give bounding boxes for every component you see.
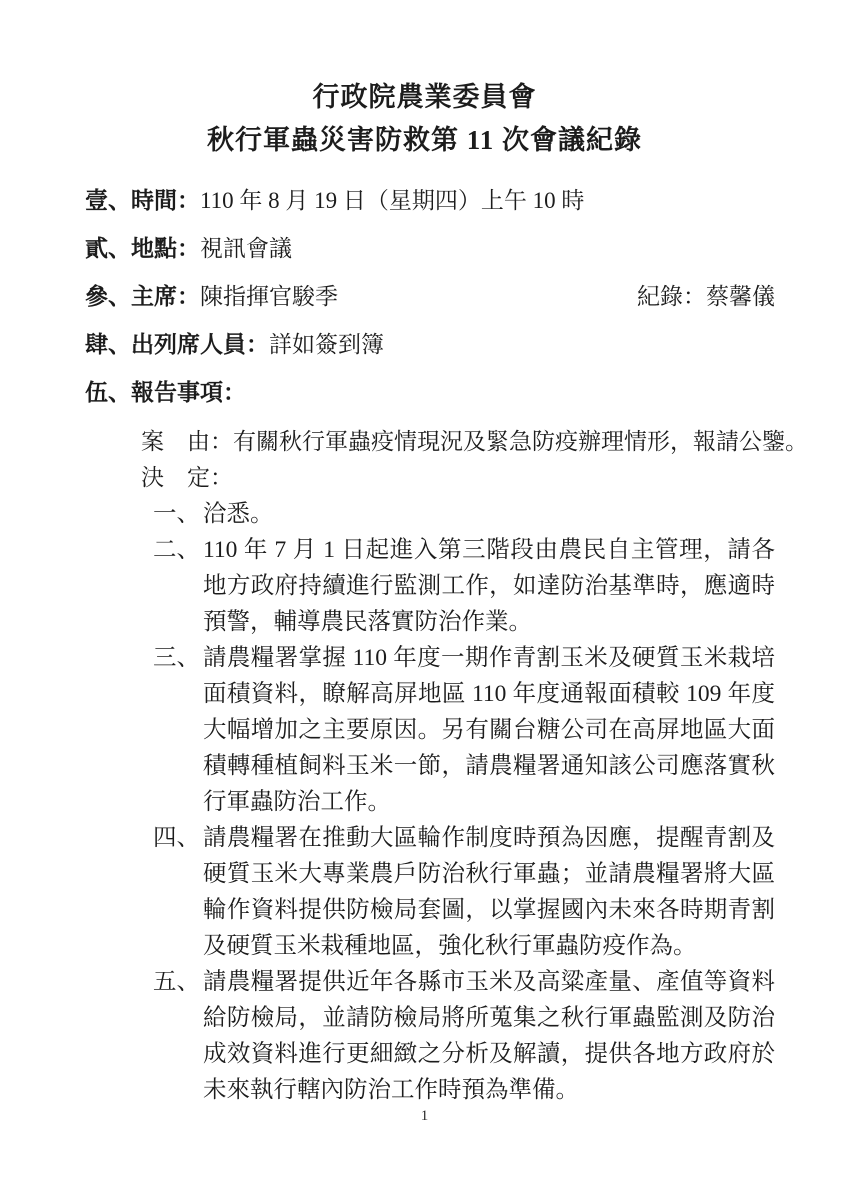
section-content: 視訊會議 [200,232,292,266]
section-chair: 參、主席： 陳指揮官駿季 紀錄：蔡馨儀 [85,280,775,314]
section-label: 肆、出列席人員： [85,328,269,362]
decision-item-1: 一、 洽悉。 [153,496,775,532]
decision-item-3: 三、 請農糧署掌握 110 年度一期作青割玉米及硬質玉米栽培面積資料，瞭解高屏地… [153,640,775,820]
case-subject-label: 案 由： [141,424,233,460]
decision-text: 洽悉。 [203,496,775,532]
document-header: 行政院農業委員會 秋行軍蟲災害防救第 11 次會議紀錄 [0,0,849,162]
case-decision-row: 決 定： [141,460,819,496]
decision-item-5: 五、 請農糧署提供近年各縣市玉米及高粱產量、產值等資料給防檢局，並請防檢局將所蒐… [153,964,775,1108]
section-label: 參、主席： [85,280,200,314]
section-report: 伍、報告事項： [85,376,775,410]
decision-text: 請農糧署在推動大區輪作制度時預為因應，提醒青割及硬質玉米大專業農戶防治秋行軍蟲；… [203,820,775,964]
section-label: 伍、報告事項： [85,376,246,410]
document-title: 行政院農業委員會 [0,76,849,119]
section-label: 貳、地點： [85,232,200,266]
decision-text: 請農糧署提供近年各縣市玉米及高粱產量、產值等資料給防檢局，並請防檢局將所蒐集之秋… [203,964,775,1108]
decision-number: 三、 [153,640,203,820]
decision-number: 二、 [153,532,203,640]
case-subject-text: 有關秋行軍蟲疫情現況及緊急防疫辦理情形，報請公鑒。 [233,424,808,460]
decision-item-4: 四、 請農糧署在推動大區輪作制度時預為因應，提醒青割及硬質玉米大專業農戶防治秋行… [153,820,775,964]
section-label: 壹、時間： [85,184,200,218]
section-time: 壹、時間： 110 年 8 月 19 日（星期四）上午 10 時 [85,184,775,218]
document-page: 行政院農業委員會 秋行軍蟲災害防救第 11 次會議紀錄 壹、時間： 110 年 … [0,0,849,1200]
decision-list: 一、 洽悉。 二、 110 年 7 月 1 日起進入第三階段由農民自主管理，請各… [0,496,849,1108]
page-number: 1 [421,1108,429,1124]
decision-number: 五、 [153,964,203,1108]
decision-number: 一、 [153,496,203,532]
section-content: 詳如簽到簿 [269,328,384,362]
page-footer: 1 [0,1108,849,1125]
decision-text: 請農糧署掌握 110 年度一期作青割玉米及硬質玉米栽培面積資料，瞭解高屏地區 1… [203,640,775,820]
decision-item-2: 二、 110 年 7 月 1 日起進入第三階段由農民自主管理，請各地方政府持續進… [153,532,775,640]
case-block: 案 由： 有關秋行軍蟲疫情現況及緊急防疫辦理情形，報請公鑒。 決 定： [0,424,849,496]
document-subtitle: 秋行軍蟲災害防救第 11 次會議紀錄 [0,119,849,162]
decision-number: 四、 [153,820,203,964]
case-subject-row: 案 由： 有關秋行軍蟲疫情現況及緊急防疫辦理情形，報請公鑒。 [141,424,819,460]
section-content: 110 年 8 月 19 日（星期四）上午 10 時 [200,184,584,218]
section-content: 陳指揮官駿季 [200,280,338,314]
case-decision-label: 決 定： [141,460,233,496]
decision-text: 110 年 7 月 1 日起進入第三階段由農民自主管理，請各地方政府持續進行監測… [203,532,775,640]
meeting-info-sections: 壹、時間： 110 年 8 月 19 日（星期四）上午 10 時 貳、地點： 視… [0,184,849,410]
section-attendees: 肆、出列席人員： 詳如簽到簿 [85,328,775,362]
recorder-text: 紀錄：蔡馨儀 [637,280,775,314]
section-location: 貳、地點： 視訊會議 [85,232,775,266]
